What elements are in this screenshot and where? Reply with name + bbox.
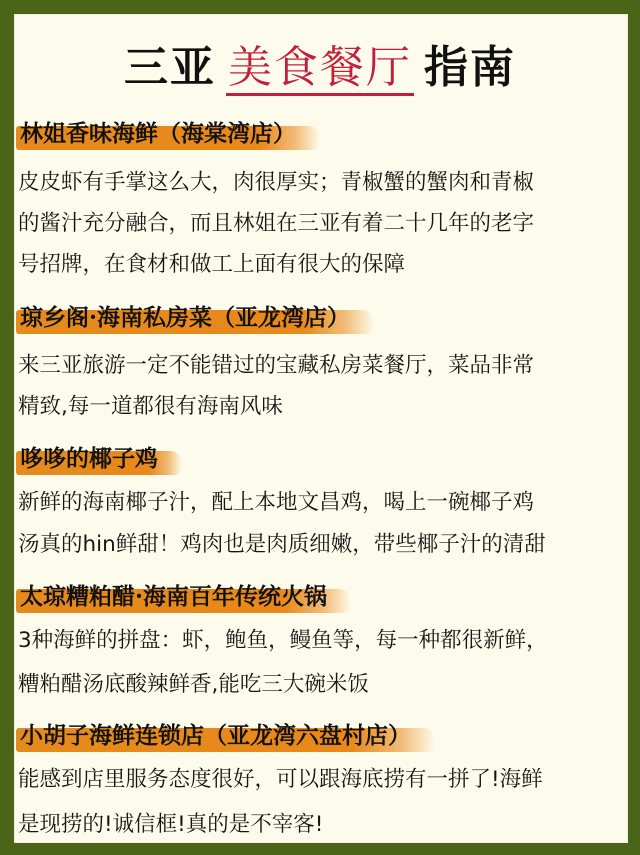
section-heading-2: 琼乡阁·海南私房菜（亚龙湾店） bbox=[16, 301, 356, 335]
section-4-line-1: 3种海鲜的拼盘：虾，鲍鱼，鳗鱼等，每一种都很新鲜， bbox=[18, 626, 548, 656]
section-heading-5: 小胡子海鲜连锁店（亚龙湾六盘村店） bbox=[16, 719, 417, 753]
section-1-line-1: 皮皮虾有手掌这么大，肉很厚实；青椒蟹的蟹肉和青椒 bbox=[18, 168, 534, 198]
title-part-2: 指南 bbox=[424, 42, 516, 93]
section-2-line-2: 精致,每一道都很有海南风味 bbox=[18, 392, 283, 422]
title-part-1: 三亚 bbox=[124, 42, 216, 93]
page-title: 三亚美食餐厅指南 bbox=[0, 40, 640, 96]
section-2-line-1: 来三亚旅游一定不能错过的宝藏私房菜餐厅，菜品非常 bbox=[18, 351, 534, 381]
section-heading-1: 林姐香味海鲜（海棠湾店） bbox=[16, 117, 302, 151]
section-3-line-2: 汤真的hin鲜甜！鸡肉也是肉质细嫩，带些椰子汁的清甜 bbox=[18, 530, 546, 560]
title-highlight: 美食餐厅 bbox=[226, 42, 414, 96]
section-heading-4: 太琼糟粕醋·海南百年传统火锅 bbox=[16, 580, 333, 614]
section-1-line-2: 的酱汁充分融合，而且林姐在三亚有着二十几年的老字 bbox=[18, 209, 534, 239]
section-4-line-2: 糟粕醋汤底酸辣鲜香,能吃三大碗米饭 bbox=[18, 670, 369, 700]
section-heading-3: 哆哆的椰子鸡 bbox=[16, 442, 164, 476]
section-3-line-1: 新鲜的海南椰子汁，配上本地文昌鸡，喝上一碗椰子鸡 bbox=[18, 488, 534, 518]
section-1-line-3: 号招牌，在食材和做工上面有很大的保障 bbox=[18, 250, 405, 280]
section-5-line-2: 是现捞的!诚信框!真的是不宰客! bbox=[18, 810, 323, 840]
section-5-line-1: 能感到店里服务态度很好，可以跟海底捞有一拼了!海鲜 bbox=[18, 765, 543, 795]
